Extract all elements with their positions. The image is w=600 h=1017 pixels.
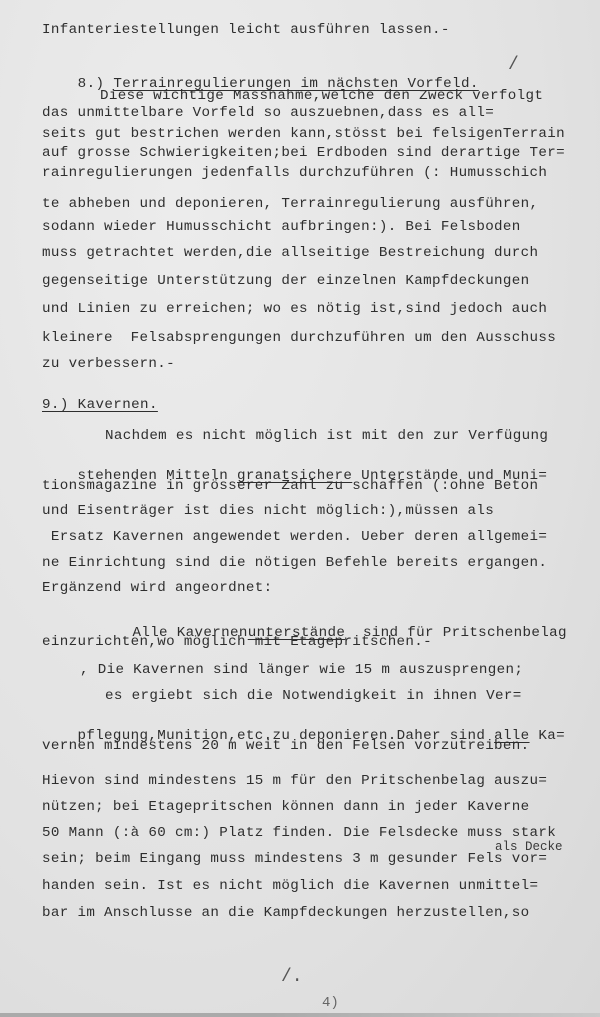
text-line: gegenseitige Unterstützung der einzelnen…: [42, 273, 530, 289]
text-line: ne Einrichtung sind die nötigen Befehle …: [42, 555, 547, 571]
scan-edge: [0, 1013, 600, 1017]
text-line: nützen; bei Etagepritschen können dann i…: [42, 799, 530, 815]
text-line: Infanteriestellungen leicht ausführen la…: [42, 22, 450, 38]
text-line: handen sein. Ist es nicht möglich die Ka…: [42, 878, 538, 894]
text-line: und Linien zu erreichen; wo es nötig ist…: [42, 301, 547, 317]
text-line: te abheben und deponieren, Terrainreguli…: [42, 196, 538, 212]
text-line: rainregulierungen jedenfalls durchzuführ…: [42, 165, 547, 181]
text-line: Hievon sind mindestens 15 m für den Prit…: [42, 773, 547, 789]
text-line: zu verbessern.-: [42, 356, 175, 372]
text-line: , Die Kavernen sind länger wie 15 m ausz…: [80, 662, 523, 678]
text-line: und Eisenträger ist dies nicht möglich:)…: [42, 503, 494, 519]
text-line: Ergänzend wird angeordnet:: [42, 580, 272, 596]
text-line: Ersatz Kavernen angewendet werden. Ueber…: [42, 529, 547, 545]
text-line: tionsmagazine in grösserer Zahl zu schaf…: [42, 478, 538, 494]
document-page: Infanteriestellungen leicht ausführen la…: [0, 0, 600, 1017]
text-line: sein; beim Eingang muss mindestens 3 m g…: [42, 851, 547, 867]
text-line: kleinere Felsabsprengungen durchzuführen…: [42, 330, 556, 346]
pen-mark: /.: [281, 967, 303, 987]
text-line: Nachdem es nicht möglich ist mit den zur…: [105, 428, 548, 444]
page-number: 4): [322, 995, 339, 1011]
pen-mark: /: [508, 55, 519, 75]
text-line: muss getrachtet werden,die allseitige Be…: [42, 245, 538, 261]
text-line: bar im Anschlusse an die Kampfdeckungen …: [42, 905, 530, 921]
text-line: 50 Mann (:à 60 cm:) Platz finden. Die Fe…: [42, 825, 556, 841]
text-line: auf grosse Schwierigkeiten;bei Erdboden …: [42, 145, 565, 161]
text-line: es ergiebt sich die Notwendigkeit in ihn…: [105, 688, 522, 704]
text-line: einzurichten,wo möglich mit Etagepritsch…: [42, 634, 432, 650]
text-span: Ka=: [530, 728, 565, 744]
text-line: seits gut bestrichen werden kann,stösst …: [42, 126, 565, 142]
text-line: sodann wieder Humusschicht aufbringen:).…: [42, 219, 521, 235]
text-line: vernen mindestens 20 m weit in den Felse…: [42, 738, 530, 754]
text-line: das unmittelbare Vorfeld so auszuebnen,d…: [42, 105, 494, 121]
section-9-heading: 9.) Kavernen.: [42, 397, 158, 413]
text-line: Diese wichtige Massnahme,welche den Zwec…: [100, 88, 543, 104]
